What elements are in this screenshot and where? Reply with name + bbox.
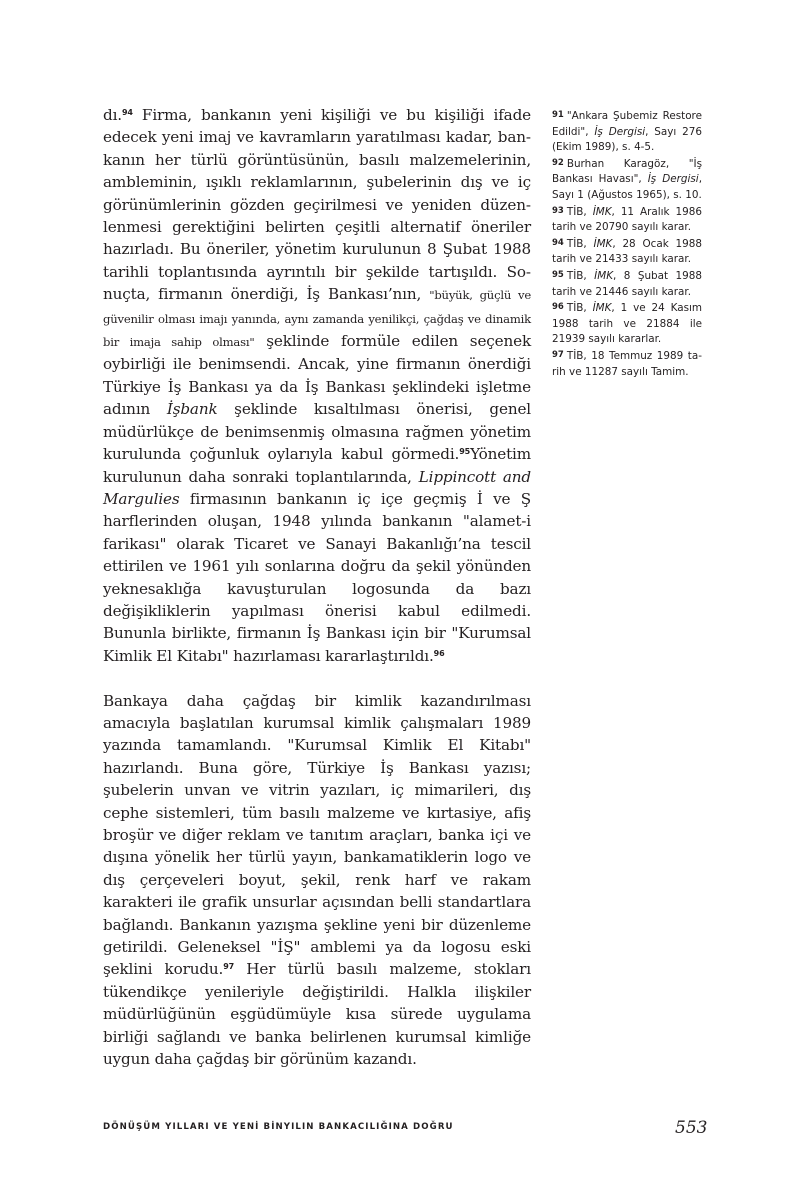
footnote-94: 94TİB, İMK, 28 Ocak 1988 tarih ve 21433 … bbox=[552, 236, 702, 268]
footnote-96: 96TİB, İMK, 1 ve 24 Kasım 1988 tarih ve … bbox=[552, 300, 702, 348]
footnote-reference: 97 bbox=[223, 962, 234, 971]
running-footer-title: DÖNÜŞÜM YILLARI VE YENİ BİNYILIN BANKACI… bbox=[103, 1122, 454, 1132]
footnote-number: 95 bbox=[552, 270, 564, 280]
footnotes-sidebar: 91"Ankara Şubemiz Restore Edildi", İş De… bbox=[552, 108, 702, 380]
page-number: 553 bbox=[675, 1118, 707, 1138]
text-run: firmasının bankanın iç içe geçmiş İ ve Ş… bbox=[103, 490, 531, 665]
italic-text: İMK bbox=[593, 302, 612, 314]
footnote-number: 97 bbox=[552, 350, 564, 360]
footnote-97: 97TİB, 18 Temmuz 1989 ta­rih ve 11287 sa… bbox=[552, 348, 702, 380]
text-run: TİB, bbox=[567, 270, 594, 282]
italic-text: İşbank bbox=[167, 400, 218, 418]
footnote-reference: 96 bbox=[434, 649, 445, 658]
italic-text: İş Dergisi bbox=[648, 173, 699, 185]
footnote-number: 92 bbox=[552, 158, 564, 168]
footnote-reference: 95 bbox=[459, 447, 470, 456]
body-paragraph: Bankaya daha çağdaş bir kimlik kazandırı… bbox=[103, 690, 531, 1071]
footnote-number: 96 bbox=[552, 302, 564, 312]
footnote-reference: 94 bbox=[122, 108, 133, 117]
text-run: TİB, 18 Temmuz 1989 ta­rih ve 11287 sayı… bbox=[552, 350, 702, 378]
italic-text: İş Dergisi bbox=[594, 126, 645, 138]
footnote-number: 91 bbox=[552, 110, 564, 120]
footnote-91: 91"Ankara Şubemiz Restore Edildi", İş De… bbox=[552, 108, 702, 156]
text-run: dı. bbox=[103, 106, 122, 124]
italic-text: İMK bbox=[594, 238, 613, 250]
body-paragraph: dı.94 Firma, bankanın yeni kişiliği ve b… bbox=[103, 104, 531, 667]
footnote-number: 93 bbox=[552, 206, 564, 216]
text-run: TİB, bbox=[567, 302, 593, 314]
footnote-92: 92Burhan Karagöz, "İş Bankası Havası", İ… bbox=[552, 156, 702, 204]
text-run: TİB, bbox=[567, 206, 593, 218]
main-text-column: dı.94 Firma, bankanın yeni kişiliği ve b… bbox=[103, 104, 531, 1070]
footnote-number: 94 bbox=[552, 238, 564, 248]
text-run: TİB, bbox=[567, 238, 594, 250]
footnote-93: 93TİB, İMK, 11 Aralık 1986 tarih ve 2079… bbox=[552, 204, 702, 236]
italic-text: İMK bbox=[594, 270, 613, 282]
text-run: Bankaya daha çağdaş bir kimlik kazandırı… bbox=[103, 692, 531, 979]
italic-text: İMK bbox=[593, 206, 612, 218]
text-run: Firma, bankanın yeni kişiliği ve bu kişi… bbox=[103, 106, 531, 303]
footnote-95: 95TİB, İMK, 8 Şubat 1988 tarih ve 21446 … bbox=[552, 268, 702, 300]
